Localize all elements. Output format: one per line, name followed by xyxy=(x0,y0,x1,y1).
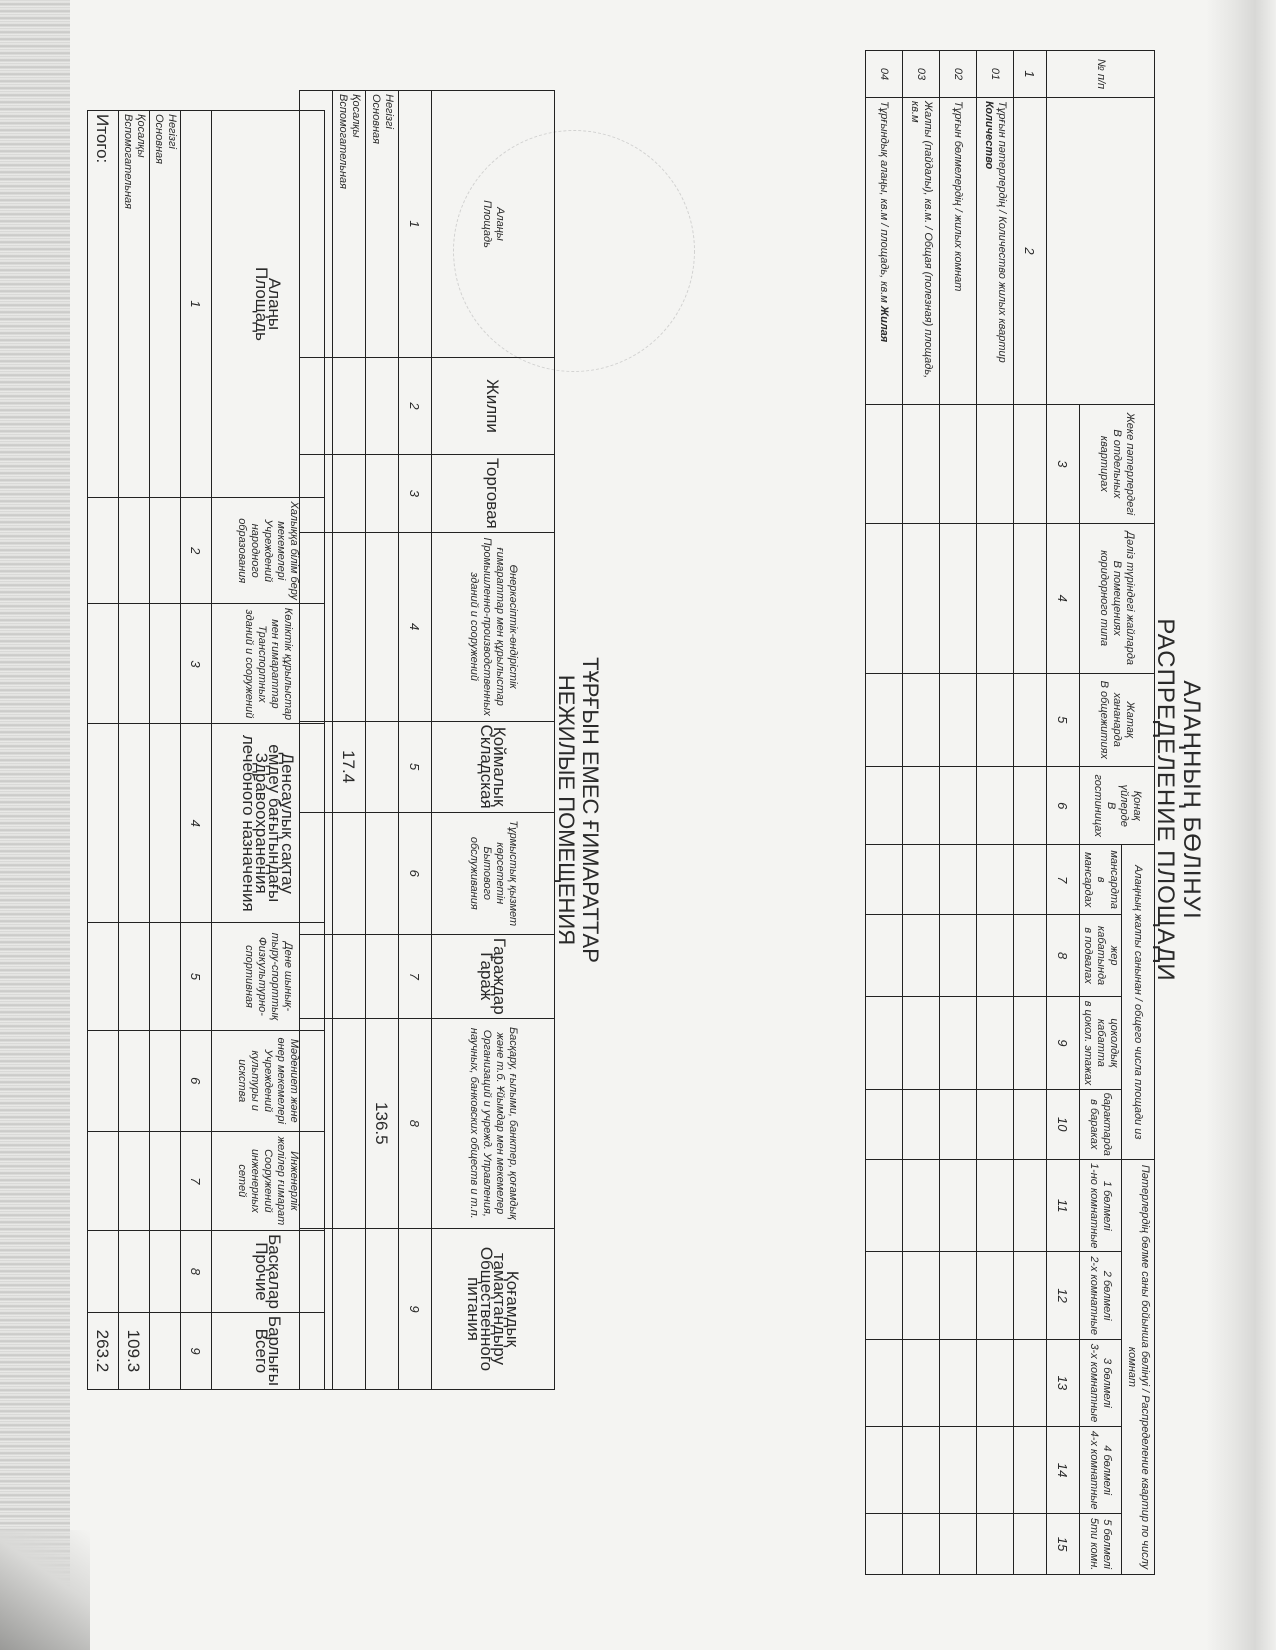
row-no: 02 xyxy=(940,51,977,98)
row-label: ҚосалқыВспомогательная xyxy=(119,111,150,498)
col-name-header xyxy=(1047,98,1155,405)
colnum-1: 1 xyxy=(399,91,432,358)
subtitle-kk: ТҰРҒЫН ЕМЕС ҒИМАРАТТАР xyxy=(577,590,603,1030)
education-header: Халыққа білім беру мекемелеріУчреждений … xyxy=(212,498,325,604)
col-11-header: 1 бөлмелі1-но комнатные xyxy=(1080,1159,1122,1252)
colnum-7: 7 xyxy=(1047,845,1080,914)
row-label: Жалпы (пайдалы), кв.м. / Общая (полезная… xyxy=(903,98,940,405)
household-service-header: Тұрмыстық қызмет көрсететінБытового обсл… xyxy=(432,812,555,934)
nonresidential-table-2: АлаңыПлощадь Халыққа білім беру мекемеле… xyxy=(87,110,325,1390)
total-header: БарлығыВсего xyxy=(212,1312,325,1389)
colnum-13: 13 xyxy=(1047,1339,1080,1426)
trade-header: Торговая xyxy=(432,455,555,533)
colnum-8: 8 xyxy=(399,1018,432,1228)
residential-area-table: № п/п Жеке пәтерлердегіВ отдельных кварт… xyxy=(865,50,1155,1575)
other-header: БасқаларПрочие xyxy=(212,1231,325,1313)
healthcare-header: Денсаулық сақтау емдеу бағытындағыЗдраво… xyxy=(212,724,325,923)
colnum-3: 3 xyxy=(399,455,432,533)
transport-header: Көліктік құрылыстар мен ғимараттарТрансп… xyxy=(212,604,325,724)
row-label: Тұрғын бөлмелердің / жилых комнат xyxy=(940,98,977,405)
table-row: 04 Тұрғындық алаңы, кв.м / площадь, кв.м… xyxy=(866,51,903,1575)
residential-header: Жилпи xyxy=(432,358,555,455)
col-9-header: цоколдық кабаттав цокол. этажах xyxy=(1080,997,1122,1089)
group-rooms-header: Пәтерлердің бөлме саны бойынша бөлінуі /… xyxy=(1122,1159,1155,1574)
colnum-14: 14 xyxy=(1047,1426,1080,1513)
col-6-header: Қонақ үйлердеВ гостиницах xyxy=(1080,766,1155,845)
colnum-12: 12 xyxy=(1047,1252,1080,1339)
total-row: Итого: 263.2 xyxy=(88,111,119,1390)
row-label: Тұрғын пәтерлердің / Количество жилых кв… xyxy=(977,98,1014,405)
colnum-7: 7 xyxy=(181,1131,212,1230)
group-total-header: Алаңның жалпы санынан / общего числа пло… xyxy=(1122,845,1155,1159)
area-header: АлаңыПлощадь xyxy=(212,111,325,498)
scan-corner xyxy=(0,1530,90,1650)
colnum-6: 6 xyxy=(399,812,432,934)
col-3-header: Жеке пәтерлердегіВ отдельных квартирах xyxy=(1080,405,1155,524)
colnum-9: 9 xyxy=(399,1228,432,1389)
document-title-ru: РАСПРЕДЕЛЕНИЕ ПЛОЩАДИ xyxy=(1151,550,1179,1050)
table-row: 02 Тұрғын бөлмелердің / жилых комнат xyxy=(940,51,977,1575)
col-4-header: Дәліз түріндегі жайлардаВ помещениях кор… xyxy=(1080,523,1155,673)
colnum-8: 8 xyxy=(1047,914,1080,996)
row-number-cell: 1 xyxy=(1014,51,1047,98)
industrial-header: Өнеркәсіптік-өндірістік ғимараттар мен қ… xyxy=(432,532,555,721)
row-label: НегізгіОсновная xyxy=(150,111,181,498)
col-no-header: № п/п xyxy=(1047,51,1155,98)
colnum-2: 2 xyxy=(399,358,432,455)
table-row: 03 Жалпы (пайдалы), кв.м. / Общая (полез… xyxy=(903,51,940,1575)
row-no: 03 xyxy=(903,51,940,98)
colnum-6: 6 xyxy=(1047,766,1080,845)
row-no: 01 xyxy=(977,51,1014,98)
col-7-header: мансардтав мансардах xyxy=(1080,845,1122,914)
garage-header: ГараждарГараж xyxy=(432,934,555,1018)
row-no: 04 xyxy=(866,51,903,98)
culture-header: Мәдениет және өнер мекемелеріУчреждений … xyxy=(212,1030,325,1131)
colnum-9: 9 xyxy=(1047,997,1080,1089)
colnum-5: 5 xyxy=(1047,673,1080,766)
value-cell: 17.4 xyxy=(333,721,366,812)
table-row: НегізгіОсновная 136.5 xyxy=(366,91,399,1390)
area-header: АлаңыПлощадь xyxy=(432,91,555,358)
colnum-3: 3 xyxy=(181,604,212,724)
engineering-header: Инженерлік желілер ғимаратСооружений инж… xyxy=(212,1131,325,1230)
colnum-9: 9 xyxy=(181,1312,212,1389)
catering-header: Қоғамдық тамақтандыруОбщественного питан… xyxy=(432,1228,555,1389)
col-10-header: барактардав бараках xyxy=(1080,1089,1122,1159)
warehouse-header: ҚоймалықСкладская xyxy=(432,721,555,812)
row-name-number-cell: 2 xyxy=(1014,98,1047,405)
value-cell: 136.5 xyxy=(366,1018,399,1228)
header-row-group: № п/п Жеке пәтерлердегіВ отдельных кварт… xyxy=(1122,51,1155,1575)
colnum-3: 3 xyxy=(1047,405,1080,524)
header-row: АлаңыПлощадь Жилпи Торговая Өнеркәсіптік… xyxy=(432,91,555,1390)
colnum-15: 15 xyxy=(1047,1514,1080,1575)
document-title-kk: АЛАҢНЫҢ БӨЛІНУІ xyxy=(1177,590,1205,1010)
colnum-4: 4 xyxy=(1047,523,1080,673)
organizations-header: Басқару, ғылыми, банктер, қоғамдық және … xyxy=(432,1018,555,1228)
table-row: ҚосалқыВспомогательная 109.3 xyxy=(119,111,150,1390)
nonresidential-table-1: АлаңыПлощадь Жилпи Торговая Өнеркәсіптік… xyxy=(299,90,555,1390)
row-label: Тұрғындық алаңы, кв.м / площадь, кв.м Жи… xyxy=(866,98,903,405)
total-value: 263.2 xyxy=(88,1312,119,1389)
table-row: ҚосалқыВспомогательная 17.4 xyxy=(333,91,366,1390)
rotated-document: АЛАҢНЫҢ БӨЛІНУІ РАСПРЕДЕЛЕНИЕ ПЛОЩАДИ № … xyxy=(115,30,1215,1590)
colnum-5: 5 xyxy=(181,923,212,1031)
col-15-header: 5 бөлмелі5ти комн. xyxy=(1080,1514,1122,1575)
col-12-header: 2 бөлмелі2-х комнатные xyxy=(1080,1252,1122,1339)
colnum-2: 2 xyxy=(181,498,212,604)
colnum-8: 8 xyxy=(181,1231,212,1313)
total-label: Итого: xyxy=(88,111,119,498)
header-row: АлаңыПлощадь Халыққа білім беру мекемеле… xyxy=(212,111,325,1390)
col-5-header: Жатақ хананардаВ общежитиях xyxy=(1080,673,1155,766)
colnum-10: 10 xyxy=(1047,1089,1080,1159)
scan-edge-right xyxy=(1206,0,1276,1650)
row-label: ҚосалқыВспомогательная xyxy=(333,91,366,358)
col-14-header: 4 бөлмелі4-х комнатные xyxy=(1080,1426,1122,1513)
table-row: 1 2 xyxy=(1014,51,1047,1575)
row-label: НегізгіОсновная xyxy=(366,91,399,358)
table-row: 01 Тұрғын пәтерлердің / Количество жилых… xyxy=(977,51,1014,1575)
colnum-11: 11 xyxy=(1047,1159,1080,1252)
colnum-4: 4 xyxy=(181,724,212,923)
col-13-header: 3 бөлмелі3-х комнатные xyxy=(1080,1339,1122,1426)
scan-edge-left xyxy=(0,0,70,1650)
table-row: НегізгіОсновная xyxy=(150,111,181,1390)
colnum-7: 7 xyxy=(399,934,432,1018)
col-8-header: жер кабатындав подвалах xyxy=(1080,914,1122,996)
colnum-4: 4 xyxy=(399,532,432,721)
subtitle-ru: НЕЖИЛЫЕ ПОМЕЩЕНИЯ xyxy=(553,590,579,1030)
column-number-row: 1 2 3 4 5 6 7 8 9 xyxy=(181,111,212,1390)
colnum-6: 6 xyxy=(181,1030,212,1131)
sports-header: Дене шынық-тыру-спорттықФизкультурно-спо… xyxy=(212,923,325,1031)
column-number-row: 1 2 3 4 5 6 7 8 9 xyxy=(399,91,432,1390)
colnum-1: 1 xyxy=(181,111,212,498)
colnum-5: 5 xyxy=(399,721,432,812)
value-cell: 109.3 xyxy=(119,1312,150,1389)
